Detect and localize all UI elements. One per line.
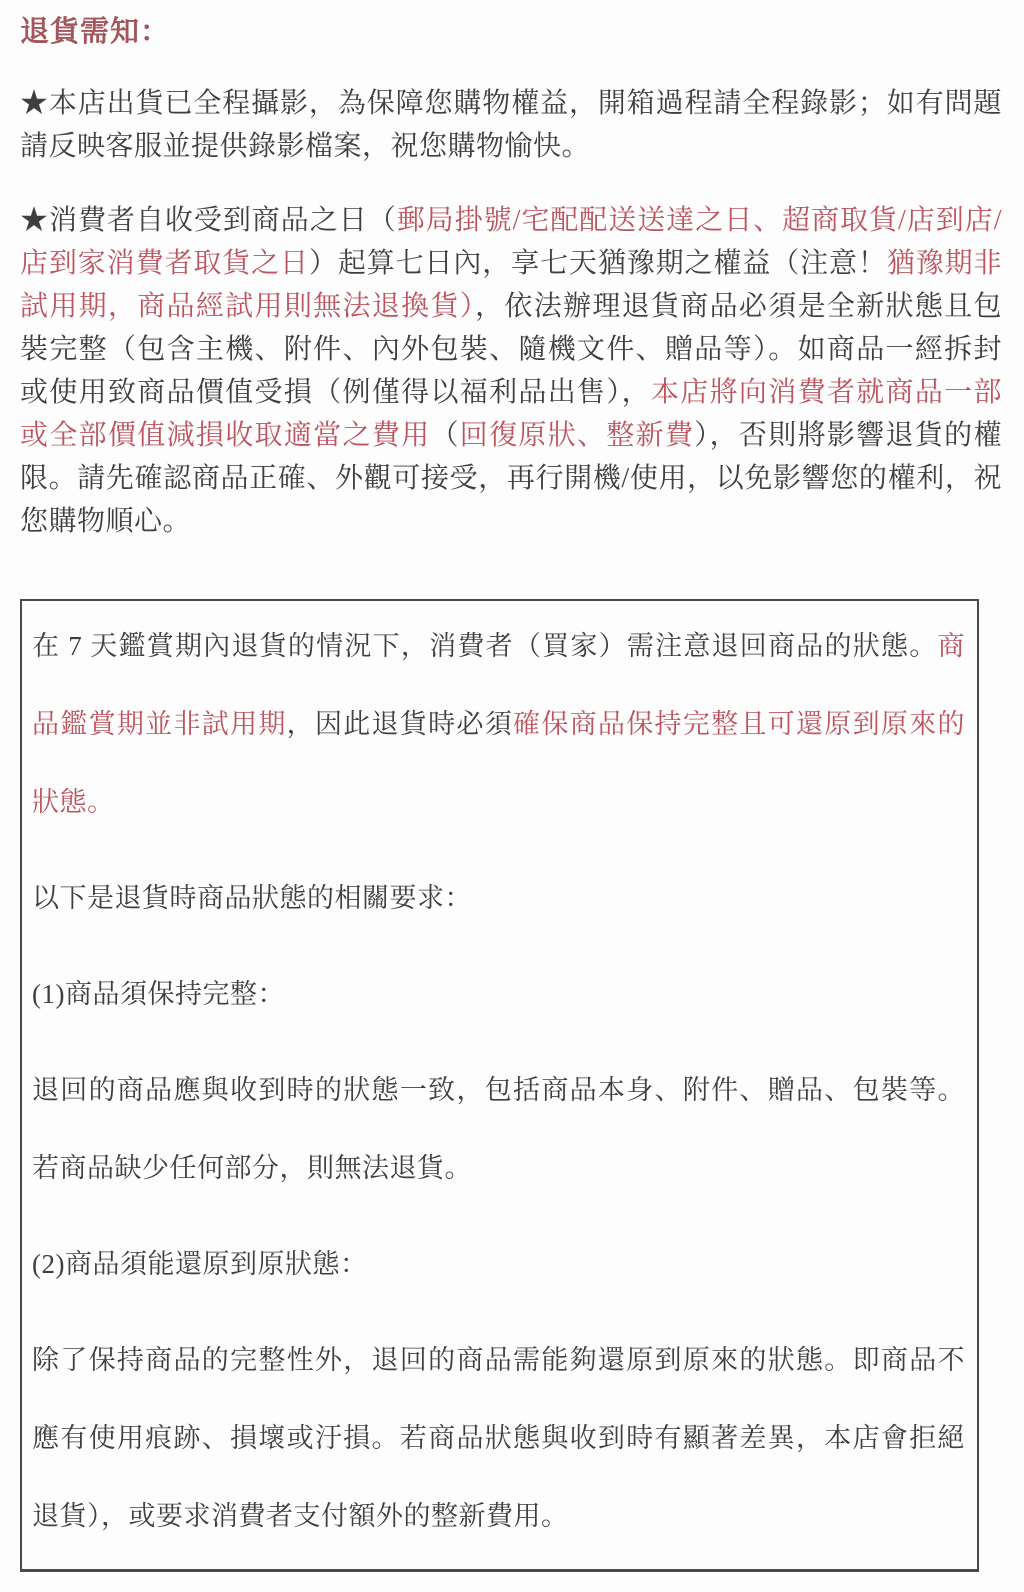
box-paragraph-requirement-2-body: 除了保持商品的完整性外，退回的商品需能夠還原到原來的狀態。即商品不應有使用痕跡、… <box>32 1321 965 1555</box>
text-segment-black: ★消費者自收受到商品之日（ <box>20 205 397 236</box>
text-segment-black: （ <box>430 420 459 451</box>
box-paragraph-inspection-period: 在 7 天鑑賞期內退貨的情況下，消費者（買家）需注意退回商品的狀態。商品鑑賞期並… <box>32 607 965 841</box>
document-body: 退貨需知： ★本店出貨已全程攝影，為保障您購物權益，開箱過程請全程錄影；如有問題… <box>0 0 1024 1592</box>
return-policy-page: { "page": { "background": "#fdfdfd", "te… <box>0 0 1024 1592</box>
text-segment-black: ★本店出貨已全程攝影，為保障您購物權益，開箱過程請全程錄影；如有問題請反映客服並… <box>20 88 1002 162</box>
paragraph-seven-day-policy: ★消費者自收受到商品之日（郵局掛號/宅配配送送達之日、超商取貨/店到店/店到家消… <box>20 199 1002 543</box>
text-segment-black: ）起算七日內，享七天猶豫期之權益（注意！ <box>309 248 887 279</box>
text-segment-black: (2)商品須能還原到原狀態： <box>32 1249 367 1279</box>
text-segment-black: (1)商品須保持完整： <box>32 979 285 1009</box>
box-paragraph-requirement-2-heading: (2)商品須能還原到原狀態： <box>32 1225 965 1303</box>
text-segment-black: ，因此退貨時必須 <box>287 709 513 739</box>
page-title: 退貨需知： <box>20 12 1002 52</box>
return-condition-box: 在 7 天鑑賞期內退貨的情況下，消費者（買家）需注意退回商品的狀態。商品鑑賞期並… <box>20 599 979 1572</box>
paragraph-shipping-video-notice: ★本店出貨已全程攝影，為保障您購物權益，開箱過程請全程錄影；如有問題請反映客服並… <box>20 82 1002 168</box>
text-segment-black: 退回的商品應與收到時的狀態一致，包括商品本身、附件、贈品、包裝等。若商品缺少任何… <box>32 1075 965 1183</box>
box-paragraph-requirements-intro: 以下是退貨時商品狀態的相關要求： <box>32 859 965 937</box>
box-paragraph-requirement-1-body: 退回的商品應與收到時的狀態一致，包括商品本身、附件、贈品、包裝等。若商品缺少任何… <box>32 1051 965 1207</box>
text-segment-black: 除了保持商品的完整性外，退回的商品需能夠還原到原來的狀態。即商品不應有使用痕跡、… <box>32 1345 965 1531</box>
text-segment-black: 以下是退貨時商品狀態的相關要求： <box>32 883 472 913</box>
text-segment-black: 在 7 天鑑賞期內退貨的情況下，消費者（買家）需注意退回商品的狀態。 <box>32 631 938 661</box>
text-segment-red: 回復原狀、整新費 <box>460 420 695 451</box>
box-paragraph-requirement-1-heading: (1)商品須保持完整： <box>32 955 965 1033</box>
